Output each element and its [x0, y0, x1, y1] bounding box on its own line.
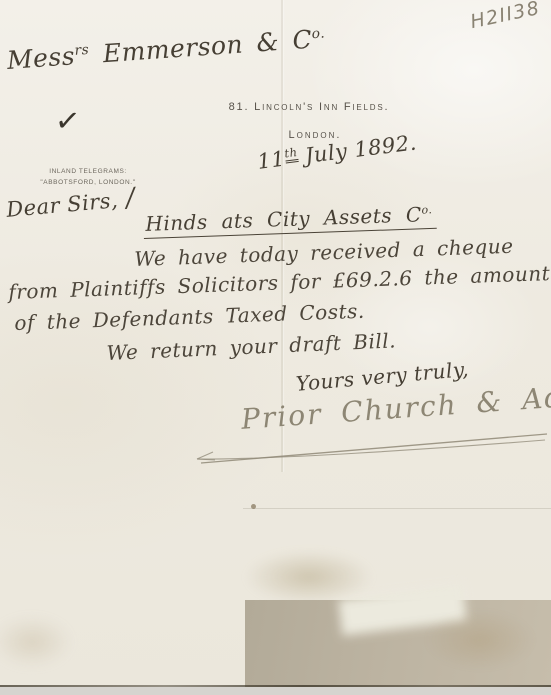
signature-flourish: [195, 418, 551, 468]
case-heading: Hinds ats City Assets Co.: [143, 202, 437, 239]
date-day: 11: [256, 147, 286, 174]
addressee-line: Messrs Emmerson & Co.: [6, 24, 326, 75]
salutation: Dear Sirs,/: [5, 183, 136, 224]
case-heading-text: Hinds ats City Assets C: [145, 202, 422, 236]
salutation-text: Dear Sirs,: [5, 188, 119, 222]
archive-reference: H2II38: [468, 0, 542, 33]
addressee-superscript-2: o.: [311, 25, 326, 42]
body-line: from Plaintiffs Solicitors for £69.2.6 t…: [8, 261, 551, 304]
body-line: We return your draft Bill.: [106, 328, 396, 365]
addressee-superscript: rs: [74, 42, 90, 59]
body-line: of the Defendants Taxed Costs.: [14, 299, 365, 335]
scanner-background-strip: [0, 687, 551, 695]
check-icon: ✓: [53, 103, 82, 140]
backing-sheet: [245, 600, 551, 687]
scanned-letter-page: H2II38 Messrs Emmerson & Co. ✓ 81. Linco…: [0, 0, 551, 695]
letterhead-address: 81. Lincoln's Inn Fields.: [213, 101, 405, 113]
ink-speck: [251, 504, 256, 509]
addressee-text: Mess: [6, 41, 76, 75]
backing-sheet-stain: [425, 610, 535, 670]
case-heading-superscript: o.: [421, 203, 432, 216]
horizontal-crease: [243, 508, 551, 509]
telegrams-line-1: Inland Telegrams:: [30, 166, 146, 177]
stain-patch: [245, 550, 373, 604]
addressee-text-2: Emmerson & C: [89, 25, 314, 69]
edge-smudge: [0, 616, 72, 668]
